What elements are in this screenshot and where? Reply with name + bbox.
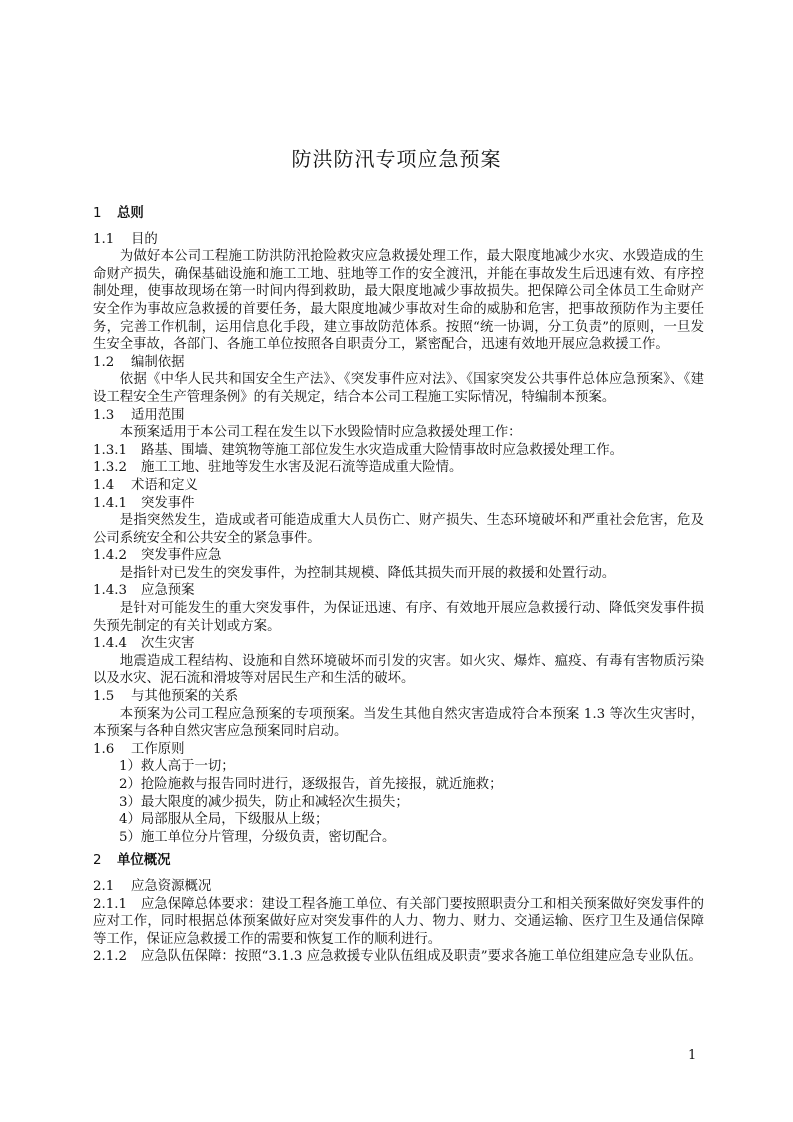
- principle-item: 2）抢险施救与报告同时进行，逐级报告，首先接报，就近施救；: [93, 776, 704, 794]
- document-title: 防洪防汛专项应急预案: [0, 143, 793, 172]
- section-heading-1-4-1: 1.4.1突发事件: [93, 495, 704, 513]
- section-heading-1-4: 1.4术语和定义: [93, 477, 704, 495]
- section-heading-2: 2单位概况: [93, 852, 704, 870]
- paragraph-secondary-disaster: 地震造成工程结构、设施和自然环境破坏而引发的灾害。如火灾、爆炸、瘟疫、有毒有害物…: [93, 653, 704, 688]
- paragraph-scope: 本预案适用于本公司工程在发生以下水毁险情时应急救援处理工作：: [93, 424, 704, 442]
- clause-1-3-1: 1.3.1路基、围墙、建筑物等施工部位发生水灾造成重大险情事故时应急救援处理工作…: [93, 442, 704, 460]
- paragraph-relation: 本预案为公司工程应急预案的专项预案。当发生其他自然灾害造成符合本预案 1.3 等…: [93, 706, 704, 741]
- section-heading-2-1: 2.1应急资源概况: [93, 878, 704, 896]
- paragraph-emergency-plan: 是针对可能发生的重大突发事件，为保证迅速、有序、有效地开展应急救援行动、降低突发…: [93, 600, 704, 635]
- clause-2-1-1: 2.1.1应急保障总体要求：建设工程各施工单位、有关部门要按照职责分工和相关预案…: [93, 896, 704, 949]
- section-heading-1-4-2: 1.4.2突发事件应急: [93, 547, 704, 565]
- paragraph-basis: 依据《中华人民共和国安全生产法》、《突发事件应对法》、《国家突发公共事件总体应急…: [93, 371, 704, 406]
- principle-item: 5）施工单位分片管理，分级负责，密切配合。: [93, 829, 704, 847]
- document-page: 防洪防汛专项应急预案 1总则 1.1目的 为做好本公司工程施工防洪防汛抢险救灾应…: [0, 0, 793, 1122]
- principle-item: 4）局部服从全局，下级服从上级；: [93, 811, 704, 829]
- principle-item: 1）救人高于一切；: [93, 758, 704, 776]
- section-heading-1-5: 1.5与其他预案的关系: [93, 688, 704, 706]
- page-number: 1: [688, 1048, 696, 1063]
- document-body: 1总则 1.1目的 为做好本公司工程施工防洪防汛抢险救灾应急救援处理工作，最大限…: [93, 205, 704, 966]
- section-heading-1-1: 1.1目的: [93, 231, 704, 249]
- clause-1-3-2: 1.3.2施工工地、驻地等发生水害及泥石流等造成重大险情。: [93, 459, 704, 477]
- section-heading-1: 1总则: [93, 205, 704, 223]
- section-heading-1-3: 1.3适用范围: [93, 407, 704, 425]
- section-heading-1-4-3: 1.4.3应急预案: [93, 582, 704, 600]
- paragraph-emergency-response: 是指针对已发生的突发事件，为控制其规模、降低其损失而开展的救援和处置行动。: [93, 565, 704, 583]
- section-heading-1-2: 1.2编制依据: [93, 354, 704, 372]
- principle-item: 3）最大限度的减少损失，防止和减轻次生损失；: [93, 794, 704, 812]
- clause-2-1-2: 2.1.2应急队伍保障：按照“3.1.3 应急救援专业队伍组成及职责”要求各施工…: [93, 948, 704, 966]
- section-heading-1-6: 1.6工作原则: [93, 741, 704, 759]
- paragraph-emergency-event: 是指突然发生，造成或者可能造成重大人员伤亡、财产损失、生态环境破坏和严重社会危害…: [93, 512, 704, 547]
- paragraph-purpose: 为做好本公司工程施工防洪防汛抢险救灾应急救援处理工作，最大限度地减少水灾、水毁造…: [93, 248, 704, 354]
- section-heading-1-4-4: 1.4.4次生灾害: [93, 635, 704, 653]
